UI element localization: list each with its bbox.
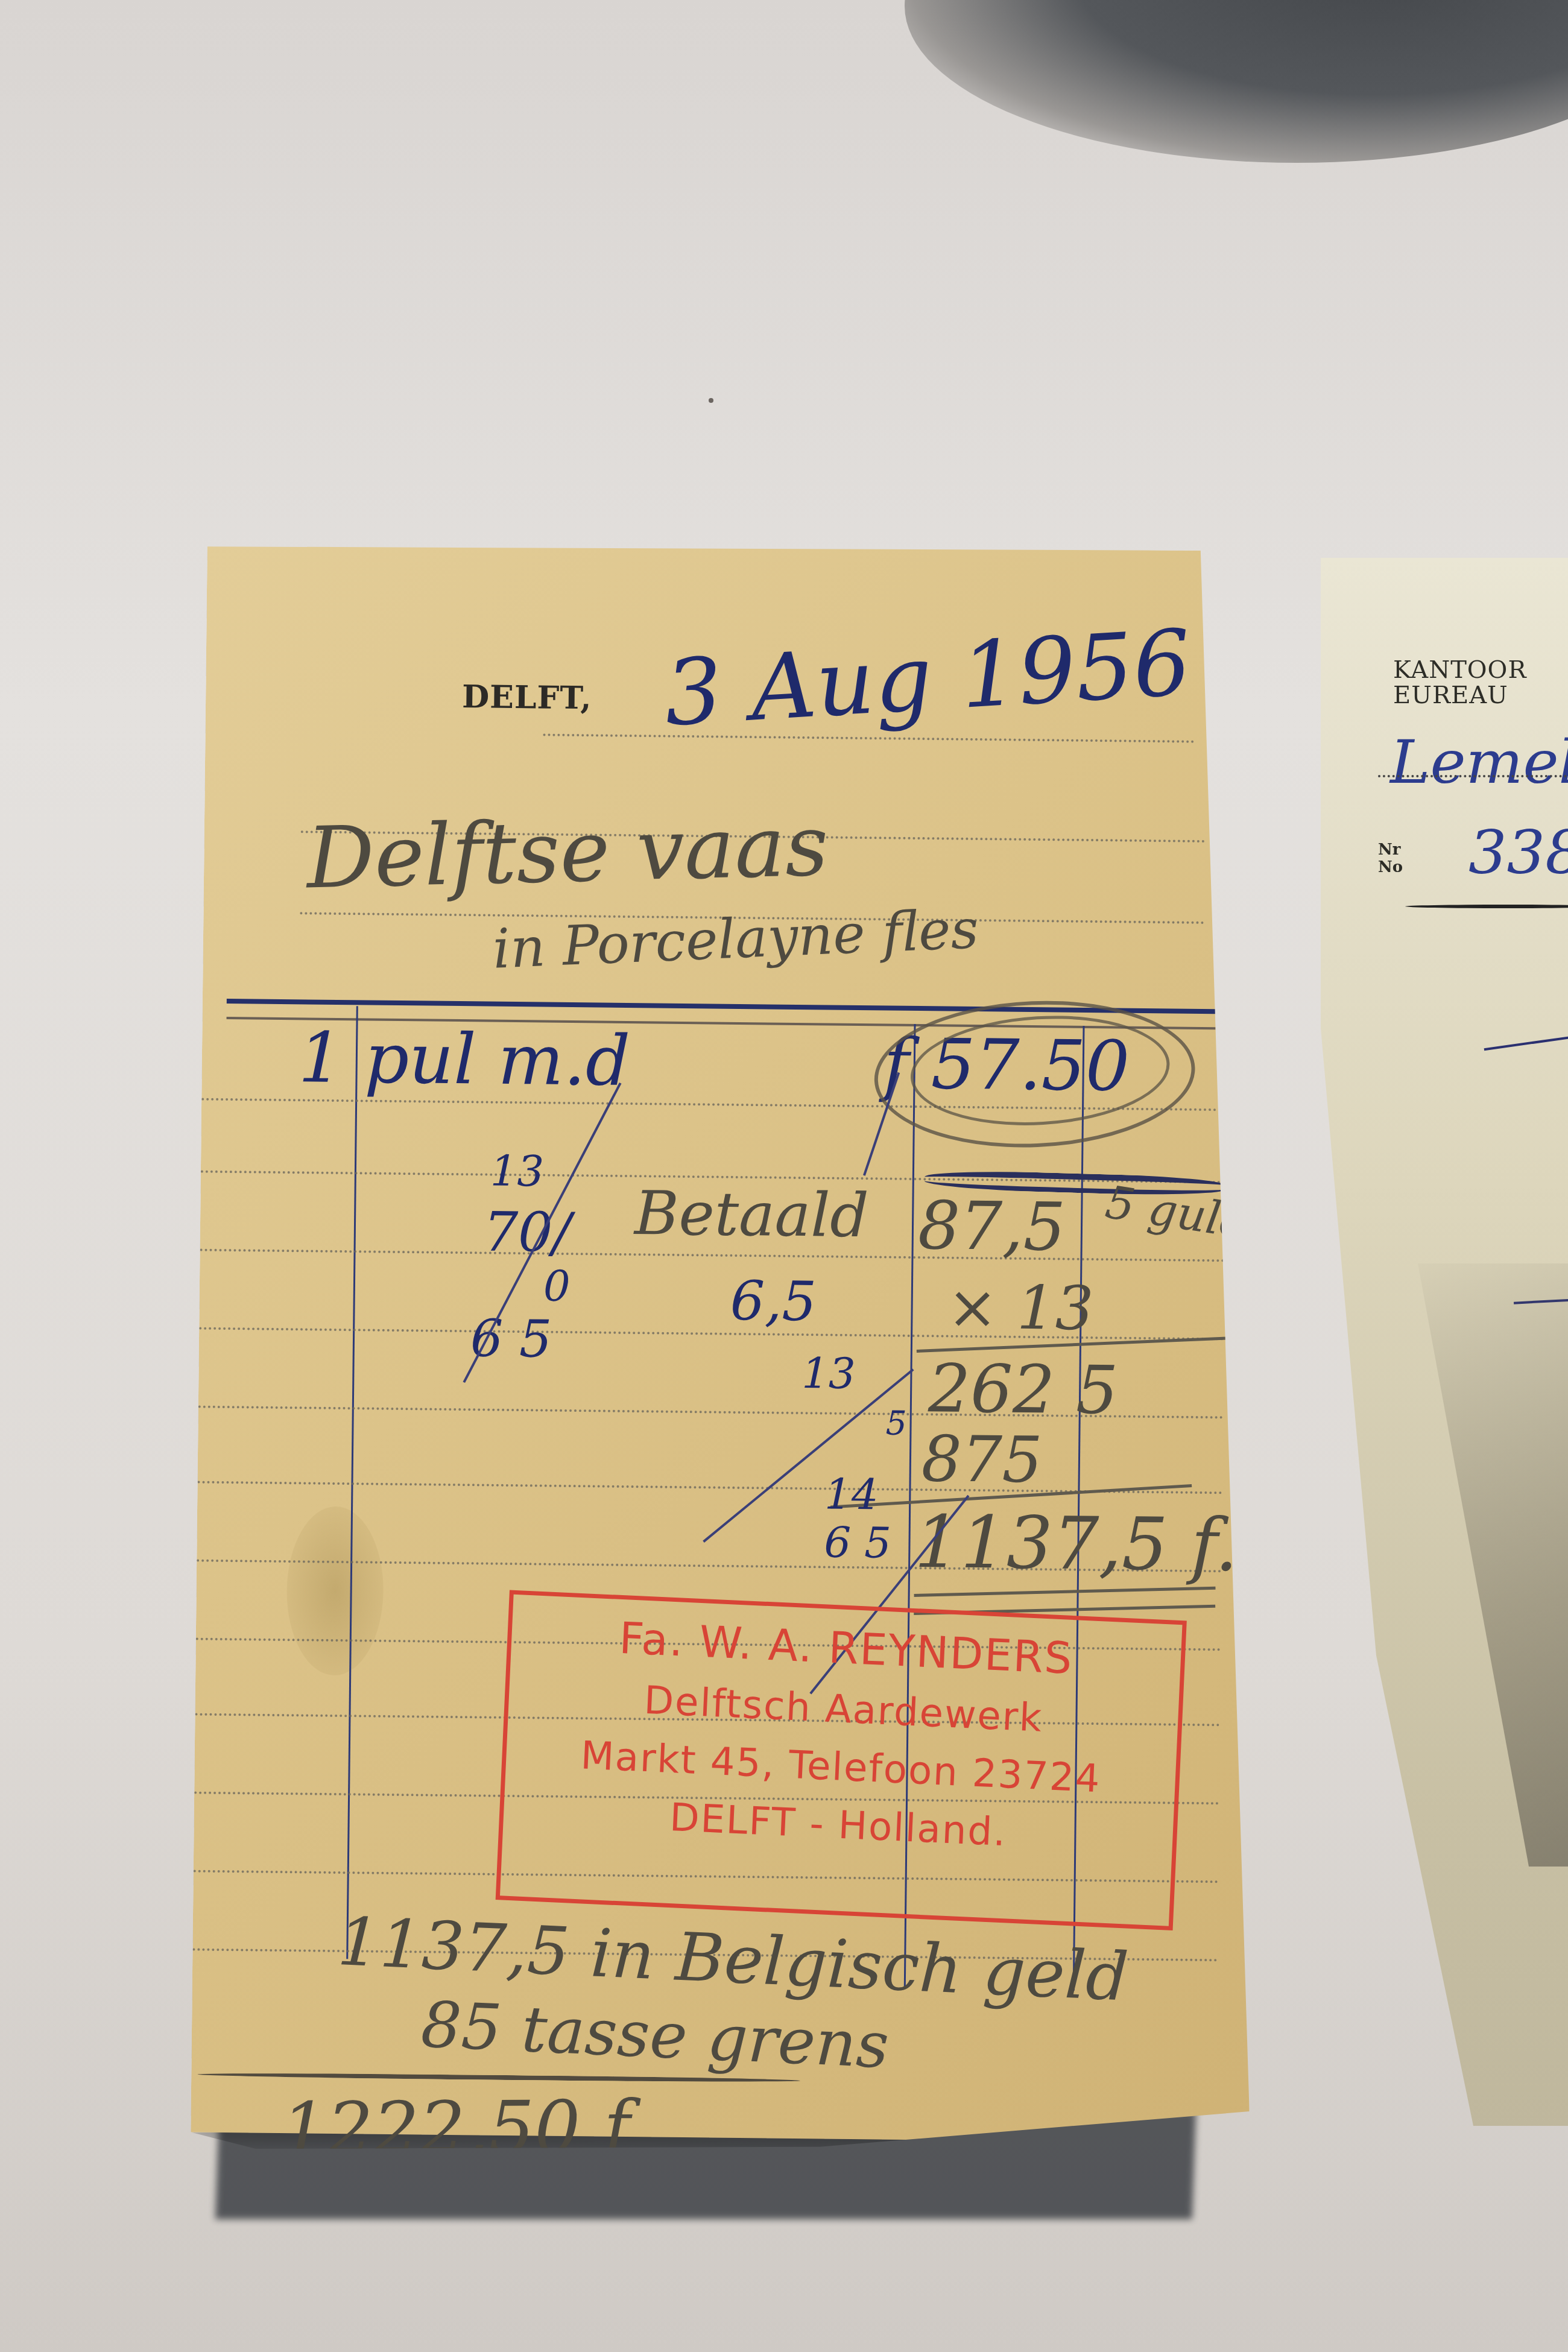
water-stain — [286, 1506, 384, 1676]
side-note: 70/ — [483, 1201, 571, 1265]
dark-object-top-right — [905, 0, 1568, 163]
side-note: 13 — [801, 1348, 856, 1399]
receipt-date: 3 Aug 1956 — [662, 610, 1193, 746]
side-note: 6,5 — [730, 1269, 817, 1333]
side-note: 0 — [543, 1262, 571, 1311]
dotted-line — [1378, 775, 1568, 777]
line-item: 1 pul m.d — [298, 1017, 630, 1102]
footer-note-border: 85 tasse grens — [420, 1988, 891, 2082]
second-document: KANTOOR EUREAU Lemel… Nr No 338… — [1321, 558, 1568, 2126]
side-note: 6 5 — [824, 1517, 891, 1567]
dust-speck — [709, 398, 713, 403]
handwritten-name: Lemel… — [1390, 727, 1568, 797]
side-note: 5 — [885, 1404, 907, 1443]
partial-sum-1: 262 5 — [928, 1350, 1119, 1429]
paper-fold-shadow — [1321, 1263, 1568, 1867]
side-note: 6 5 — [470, 1309, 552, 1369]
number-label: Nr No — [1378, 841, 1403, 876]
number-label-no: No — [1378, 859, 1403, 876]
paid-amount: 87,5 — [917, 1187, 1066, 1266]
company-stamp: Fa. W. A. REYNDERS Delftsch Aardewerk Ma… — [496, 1590, 1187, 1930]
handwriting-fragment — [1484, 1032, 1568, 1051]
date-dotted-line — [543, 733, 1195, 742]
multiplier: × 13 — [947, 1272, 1094, 1344]
office-header-line2: EUREAU — [1393, 683, 1527, 708]
office-header: KANTOOR EUREAU — [1393, 657, 1527, 708]
paid-label: Betaald — [634, 1178, 869, 1251]
office-header-line1: KANTOOR — [1393, 657, 1527, 683]
side-note: 13 — [490, 1146, 545, 1197]
partial-sum-2: 875 — [921, 1422, 1043, 1497]
double-underline-pencil — [914, 1587, 1216, 1597]
side-note: 14 — [824, 1469, 879, 1519]
number-label-nr: Nr — [1378, 841, 1403, 859]
receipt-title: Delftse vaas — [306, 797, 830, 908]
ornamental-rule — [1405, 905, 1568, 908]
receipt-subtitle: in Porcelayne fles — [492, 897, 979, 981]
receipt-paper: DELFT, 3 Aug 1956 Delftse vaas in Porcel… — [191, 540, 1293, 2144]
calculation-result: 1137,5 f. — [914, 1500, 1239, 1588]
printed-place: DELFT, — [462, 678, 592, 716]
line-item-qty: 1 — [298, 1017, 343, 1099]
result-suffix: f. — [1190, 1503, 1239, 1588]
document-number: 338… — [1468, 817, 1568, 888]
line-item-description: pul m.d — [364, 1018, 631, 1102]
